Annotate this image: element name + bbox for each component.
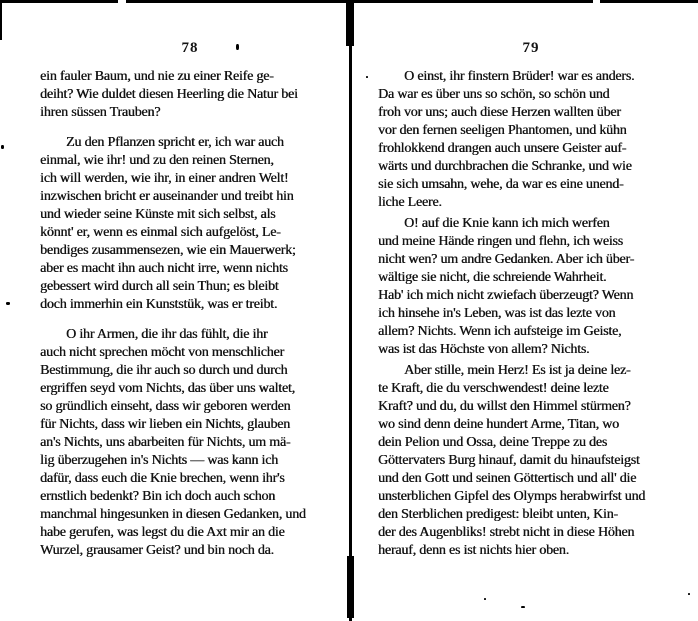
scan-speck [484, 598, 486, 600]
page-right: 79 O einst, ihr finstern Brüder! war es … [378, 40, 684, 563]
paragraph: ein fauler Baum, und nie zu einer Reife … [40, 68, 340, 122]
top-rule-gap [118, 0, 126, 3]
page-number-left: 78 [40, 40, 340, 58]
paragraph: O einst, ihr finstern Brüder! war es and… [378, 68, 684, 212]
scan-speck [6, 302, 10, 305]
paragraph: Zu den Pflanzen spricht er, ich war auch… [40, 134, 340, 314]
top-rule-gap [593, 0, 600, 3]
paragraph: Aber stille, mein Herz! Es ist ja deine … [378, 362, 684, 560]
page-number-right: 79 [378, 40, 684, 58]
gutter-top-blob [346, 0, 354, 46]
page-right-body: O einst, ihr finstern Brüder! war es and… [378, 68, 684, 560]
scan-speck [521, 606, 525, 608]
book-scan: 78 ein fauler Baum, und nie zu einer Rei… [0, 0, 698, 621]
page-left-body: ein fauler Baum, und nie zu einer Reife … [40, 68, 340, 560]
corner-tick [0, 0, 2, 40]
scan-speck [688, 593, 690, 595]
gutter-bottom-blob [347, 556, 354, 618]
scan-speck [1, 145, 4, 149]
paragraph: O! auf die Knie kann ich mich werfen und… [378, 215, 684, 359]
scan-speck [366, 76, 368, 78]
page-left: 78 ein fauler Baum, und nie zu einer Rei… [40, 40, 340, 572]
paragraph: O ihr Armen, die ihr das fühlt, die ihr … [40, 326, 340, 560]
gutter-line [349, 0, 352, 621]
